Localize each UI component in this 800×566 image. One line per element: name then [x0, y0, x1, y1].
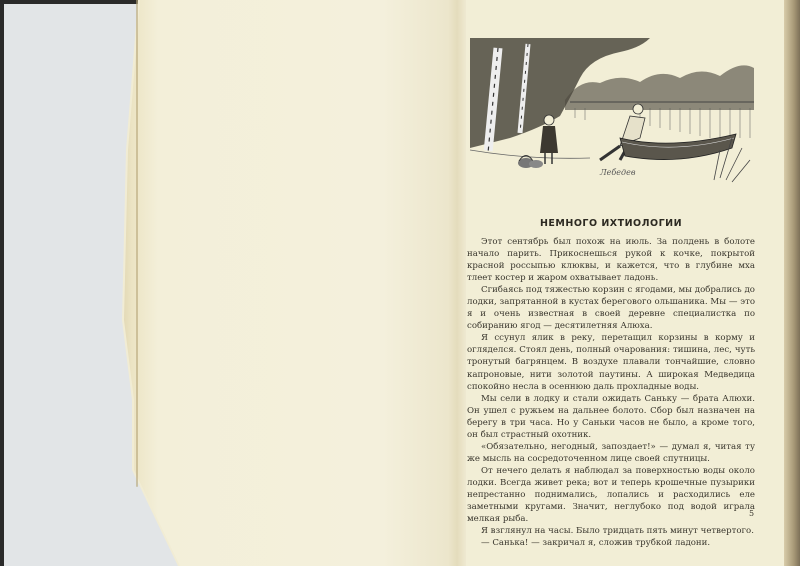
paragraph: «Обязательно, негодный, запоздает!» — ду…	[467, 441, 755, 465]
river-boat-illustration	[470, 38, 754, 186]
book-spine	[448, 0, 466, 566]
page-number: 5	[749, 509, 754, 518]
chapter-title: НЕМНОГО ИХТИОЛОГИИ	[466, 218, 756, 229]
paragraph: От нечего делать я наблюдал за поверхнос…	[467, 465, 755, 525]
paragraph: Я взглянул на часы. Было тридцать пять м…	[467, 525, 755, 537]
paragraph: — Санька! — закричал я, сложив трубкой л…	[467, 537, 755, 549]
chapter-body-text: Этот сентябрь был похож на июль. За полд…	[467, 236, 755, 549]
illustrator-signature: Лебедев	[600, 168, 636, 177]
paragraph: Сгибаясь под тяжестью корзин с ягодами, …	[467, 284, 755, 332]
left-page-edge-crease	[136, 0, 138, 566]
scanner-frame-left	[0, 0, 4, 566]
paragraph: Я ссунул ялик в реку, перетащил корзины …	[467, 332, 755, 392]
left-page-blank	[118, 0, 448, 566]
paragraph: Мы сели в лодку и стали ожидать Саньку —…	[467, 393, 755, 441]
paragraph: Этот сентябрь был похож на июль. За полд…	[467, 236, 755, 284]
right-page-edge	[784, 0, 800, 566]
